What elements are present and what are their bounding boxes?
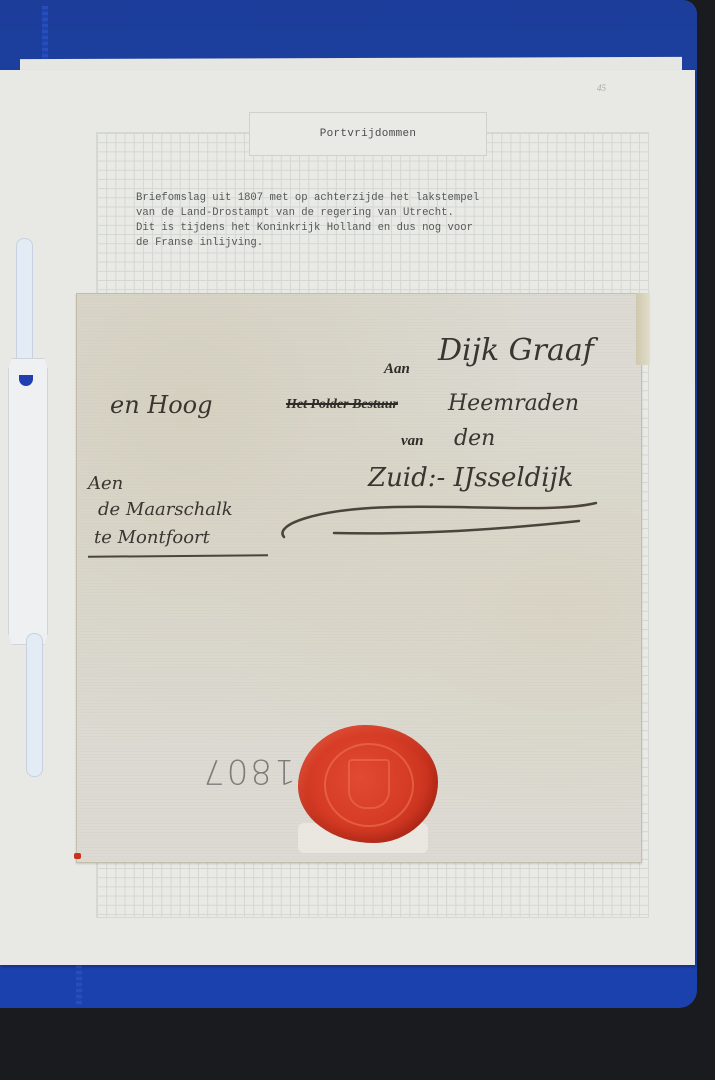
address-printed-van: van: [401, 433, 424, 450]
address-printed-struck: Het Polder Bestuur: [286, 397, 398, 413]
address-den: den: [454, 426, 495, 451]
address-heemraden: Heemraden: [448, 391, 579, 416]
description-line: van de Land-Drostampt van de regering va…: [136, 206, 536, 221]
description-line: Briefomslag uit 1807 met op achterzijde …: [136, 191, 536, 206]
page-title: Portvrijdommen: [320, 128, 417, 140]
page-number-mark: 45: [597, 83, 606, 93]
description-line: de Franse inlijving.: [136, 236, 536, 251]
sender-aen: Aen: [88, 473, 123, 494]
binder-prong-bottom[interactable]: [26, 633, 43, 777]
binder-seam: [42, 6, 48, 66]
sender-montfoort: te Montfoort: [94, 527, 210, 548]
red-wax-seal: [298, 725, 438, 843]
page-specks: . .: [603, 1002, 623, 1008]
page-title-box: Portvrijdommen: [249, 112, 487, 156]
album-page: 45 Portvrijdommen Briefomslag uit 1807 m…: [0, 70, 695, 965]
sender-underline: [88, 554, 268, 558]
page-description: Briefomslag uit 1807 met op achterzijde …: [136, 191, 536, 251]
mount-sleeve-edge: [636, 293, 650, 365]
pencil-year-note: 1807: [201, 751, 296, 791]
flourish-stroke: [274, 495, 604, 545]
address-en-hoog: en Hoog: [110, 391, 212, 419]
binder-seam-bottom: [76, 965, 82, 1005]
binder-clip-strip[interactable]: [8, 358, 48, 645]
address-dijkgraaf: Dijk Graaf: [438, 333, 594, 368]
description-line: Dit is tijdens het Koninkrijk Holland en…: [136, 221, 536, 236]
sender-maarschalk: de Maarschalk: [98, 499, 233, 520]
wax-fleck: [74, 853, 81, 859]
address-printed-aan: Aan: [384, 361, 410, 378]
address-ijsseldijk: Zuid:- IJsseldijk: [368, 463, 573, 493]
letter-cover: Aan Dijk Graaf en Hoog Het Polder Bestuu…: [76, 293, 642, 863]
seal-crest-icon: [348, 759, 390, 809]
